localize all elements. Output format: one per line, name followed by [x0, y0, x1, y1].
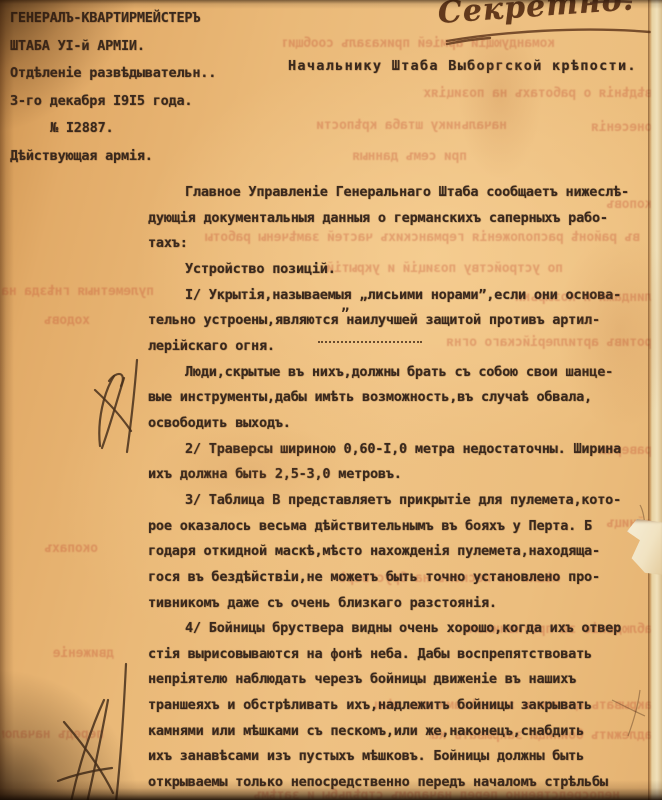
ink-bleedthrough: свѣдѣнія о работахъ на позиціяхъ: [423, 86, 660, 102]
body-line-item-4: 4/ Бойницы бруствера видны очень хорошо,…: [148, 616, 629, 642]
ink-bleedthrough: ходовъ: [2, 313, 90, 329]
body-line: стія вырисовываются на фонѣ неба. Дабы в…: [148, 642, 629, 668]
letterhead-unit-line: ГЕНЕРАЛЪ-КВАРТИРМЕЙСТЕРЪ: [10, 5, 216, 33]
body-line: непріятелю наблюдать черезъ бойницы движ…: [148, 667, 629, 693]
letterhead-army-line: ШТАБА УІ-й АРМІИ.: [10, 33, 216, 61]
body-line: камнями или мѣшками съ пескомъ,или же,на…: [148, 719, 629, 745]
body-line: ихъ должна быть 2,5-3,0 метровъ.: [148, 462, 629, 488]
body-line: годаря откидной маскѣ,мѣсто нахожденія п…: [148, 539, 629, 565]
letterhead-section-line: Отдѣленіе развѣдывательн..: [10, 60, 216, 88]
body-line: освободить выходъ.: [148, 411, 629, 437]
body-line: рое оказалось весьма дѣйствительнымъ въ …: [148, 514, 629, 540]
body-line-item-2: 2/ Траверсы шириною 0,60-І,0 метра недос…: [148, 437, 629, 463]
body-line: ихъ занавѣсами изъ пустыхъ мѣшковъ. Бойн…: [148, 744, 629, 770]
body-line: Главное Управленіе Генеральнаго Штаба со…: [148, 180, 629, 206]
body-line: вые инструменты,дабы имѣть возможность,в…: [148, 385, 629, 411]
letterhead-number-line: № І2887.: [10, 115, 216, 143]
ink-bleedthrough: передъ началомъ стрѣльбы открываются: [2, 727, 104, 743]
body-line: тахъ:: [148, 231, 629, 257]
body-line: тельно устроены,являются наилучшей защит…: [148, 308, 629, 334]
body-line-item-1: І/ Укрытія,называемыя „лисьими норами”,е…: [148, 283, 629, 309]
ink-bleedthrough: начальнику штаба крѣпости: [295, 118, 507, 134]
body-line: открываемы только непосредственно передъ…: [148, 770, 629, 796]
body-line: Люди,скрытые въ нихъ,должны брать съ соб…: [148, 360, 629, 386]
letterhead-date-line: 3-го декабря І9І5 года.: [10, 88, 216, 116]
ink-bleedthrough: командующій арміей приказалъ сообщить: [283, 36, 555, 52]
ink-bleedthrough: при семъ данныя: [195, 149, 467, 165]
ink-bleedthrough: движеніе: [2, 646, 114, 662]
body-line: траншеяхъ и обстрѣливать ихъ,надлежитъ б…: [148, 693, 629, 719]
body-line: тивникомъ даже съ очень близкаго разстоя…: [148, 591, 629, 617]
letterhead: ГЕНЕРАЛЪ-КВАРТИРМЕЙСТЕРЪ ШТАБА УІ-й АРМІ…: [10, 5, 216, 171]
addressee-line: Начальнику Штаба Выборгской крѣпости.: [288, 58, 637, 74]
letterhead-army-field-line: Дѣйствующая армія.: [10, 143, 216, 171]
body-line: дующія документальныя данныя о германски…: [148, 206, 629, 232]
body-line: гося въ бездѣйствіи,не можетъ быть точно…: [148, 565, 629, 591]
nb-margin-mark-1: [95, 360, 137, 452]
document-body: Главное Управленіе Генеральнаго Штаба со…: [148, 180, 629, 796]
ink-bleedthrough: донесенія: [538, 120, 660, 136]
body-line-section-heading: Устройство позицій.: [148, 257, 629, 283]
ink-bleedthrough: пулеметныя гнѣзда на флангахъ участковъ: [2, 284, 154, 300]
body-line-item-3: 3/ Таблица В представляетъ прикрытіе для…: [148, 488, 629, 514]
dotted-underline-mark: [318, 338, 422, 343]
document-page: командующій арміей приказалъ сообщить св…: [0, 0, 662, 800]
ink-bleedthrough: окопахъ: [2, 541, 98, 557]
handwritten-classification: Секретно.: [437, 0, 662, 31]
stray-quote-mark: „: [341, 298, 349, 314]
